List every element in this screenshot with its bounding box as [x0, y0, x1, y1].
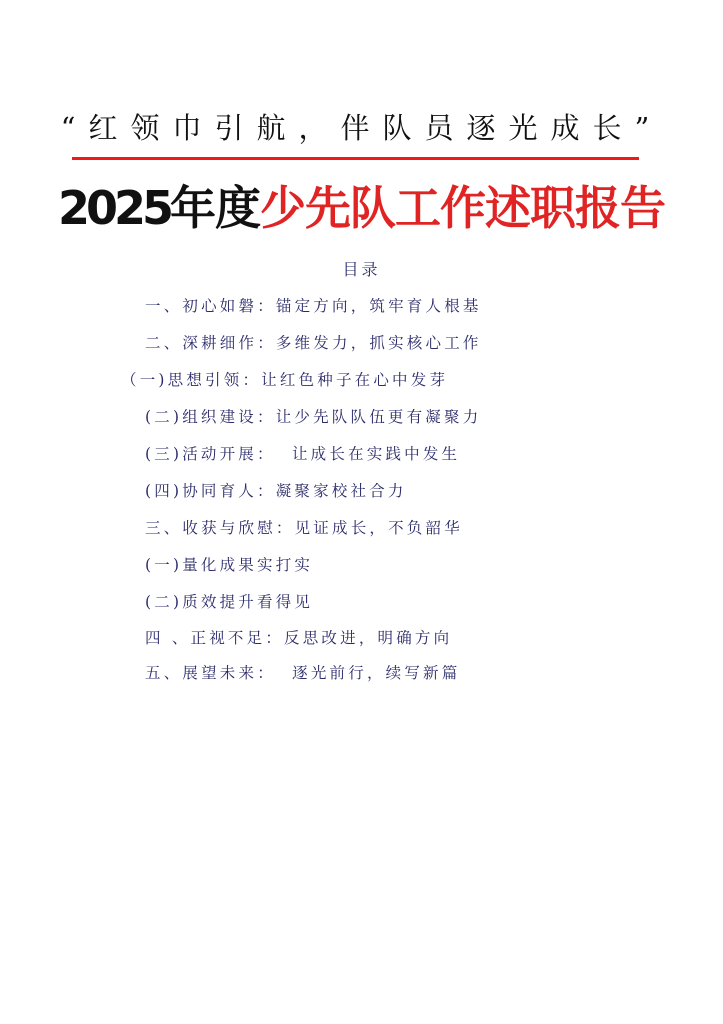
toc-item-4[interactable]: 四 、正视不足：反思改进，明确方向: [145, 626, 452, 650]
toc-heading: 目录: [0, 259, 723, 281]
toc-item-2-1[interactable]: （一)思想引领：让红色种子在心中发芽: [121, 368, 448, 392]
toc-item-2-3[interactable]: (三)活动开展： 让成长在实践中发生: [145, 442, 460, 466]
toc-item-5[interactable]: 五、展望未来： 逐光前行，续写新篇: [145, 661, 460, 685]
title-red-part: 少先队工作述职报告: [260, 181, 665, 235]
red-divider-line: [72, 157, 639, 160]
toc-item-2-4[interactable]: (四)协同育人：凝聚家校社合力: [145, 479, 407, 503]
report-title: 2025年度少先队工作述职报告: [0, 178, 723, 238]
document-page: “红领巾引航，伴队员逐光成长” 2025年度少先队工作述职报告 目录 一、初心如…: [0, 0, 723, 1024]
toc-item-2-2[interactable]: (二)组织建设：让少先队队伍更有凝聚力: [145, 405, 481, 429]
title-year: 2025: [58, 181, 170, 235]
toc-item-3-2[interactable]: (二)质效提升看得见: [145, 590, 313, 614]
toc-item-2[interactable]: 二、深耕细作：多维发力，抓实核心工作: [145, 331, 482, 355]
toc-item-1[interactable]: 一、初心如磐：锚定方向，筑牢育人根基: [145, 294, 482, 318]
toc-item-3[interactable]: 三、收获与欣慰：见证成长，不负韶华: [145, 516, 463, 540]
cover-subtitle: “红领巾引航，伴队员逐光成长”: [0, 108, 723, 148]
toc-item-3-1[interactable]: (一)量化成果实打实: [145, 553, 313, 577]
title-black-part: 年度: [170, 181, 260, 235]
